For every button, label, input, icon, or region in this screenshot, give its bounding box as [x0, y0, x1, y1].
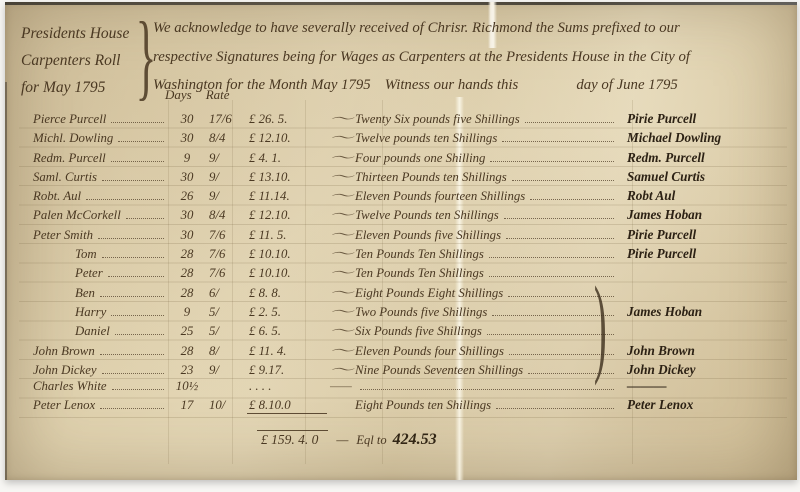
flourish-mark: 〜	[314, 340, 367, 359]
daily-rate: 10/	[205, 398, 247, 413]
payroll-row: Ben 28 6/ £ 8. 8. 〜 Eight Pounds Eight S…	[19, 282, 789, 301]
daily-rate: 6/	[205, 286, 247, 301]
amount-in-words: Ten Pounds Ten Shillings	[355, 266, 484, 281]
payroll-row: John Dickey 23 9/ £ 9.17. 〜 Nine Pounds …	[19, 359, 789, 378]
worker-signature: Pirie Purcell	[619, 111, 789, 127]
worker-signature: John Brown	[619, 343, 789, 359]
payroll-row: Pierce Purcell 30 17/6 £ 26. 5. 〜 Twenty…	[19, 108, 789, 127]
amount-in-words: Twenty Six pounds five Shillings	[355, 112, 520, 127]
worker-name: Charles White	[33, 379, 107, 394]
worker-name-cell: Harry	[19, 305, 169, 320]
daily-rate: 5/	[205, 305, 247, 320]
dotted-leader	[100, 354, 164, 355]
amount-in-words: Twelve pounds ten Shillings	[355, 131, 497, 146]
payroll-row: Robt. Aul 26 9/ £ 11.14. 〜 Eleven Pounds…	[19, 185, 789, 204]
dotted-leader	[508, 296, 614, 297]
ack-line-2: respective Signatures being for Wages as…	[153, 43, 793, 72]
amount-words-cell: Eleven Pounds five Shillings	[355, 228, 619, 243]
amount-words-cell	[355, 389, 619, 393]
dotted-leader	[100, 408, 164, 409]
flourish-mark: 〜	[314, 185, 367, 204]
dotted-leader	[86, 199, 164, 200]
daily-rate: 9/	[205, 363, 247, 378]
total-dash: —	[328, 432, 356, 448]
worker-name-cell: Daniel	[19, 324, 169, 339]
payroll-row: John Brown 28 8/ £ 11. 4. 〜 Eleven Pound…	[19, 340, 789, 359]
dotted-leader	[489, 276, 614, 277]
dotted-leader	[530, 199, 614, 200]
flourish-mark: 〜	[314, 166, 367, 185]
manuscript-paper: Presidents House Carpenters Roll for May…	[5, 2, 797, 480]
amount-in-words: Four pounds one Shilling	[355, 151, 485, 166]
dotted-leader	[512, 180, 614, 181]
amount-words-cell: Six Pounds five Shillings	[355, 324, 619, 339]
dotted-leader	[509, 354, 614, 355]
worker-name-cell: John Brown	[19, 344, 169, 359]
daily-rate: 5/	[205, 324, 247, 339]
dotted-leader	[489, 257, 614, 258]
amount-words-cell: Eleven Pounds fourteen Shillings	[355, 189, 619, 204]
total-pounds: £ 159. 4. 0	[257, 430, 328, 448]
ack-line-3b: Witness our hands this	[385, 77, 519, 93]
acknowledgment-text: We acknowledge to have severally receive…	[153, 14, 793, 100]
dotted-leader	[504, 218, 614, 219]
daily-rate: 7/6	[205, 228, 247, 243]
flourish-mark: 〜	[314, 320, 367, 339]
daily-rate: 9/	[205, 189, 247, 204]
dotted-leader	[111, 315, 164, 316]
amount-in-words: Eight Pounds ten Shillings	[355, 398, 491, 413]
totals-row: £ 159. 4. 0 — Eql to 424.53	[19, 430, 437, 449]
flourish-mark: 〜	[314, 108, 367, 127]
days-worked: 17	[169, 398, 205, 413]
worker-signature: Michael Dowling	[619, 130, 789, 146]
payroll-row: Harry 9 5/ £ 2. 5. 〜 Two Pounds five Shi…	[19, 301, 789, 320]
total-equivalent-value: 424.53	[393, 431, 437, 449]
dotted-leader	[112, 389, 164, 390]
worker-signature: Robt Aul	[619, 188, 789, 204]
amount-words-cell: Four pounds one Shilling	[355, 151, 619, 166]
amount-in-words: Eleven Pounds five Shillings	[355, 228, 501, 243]
worker-name: Saml. Curtis	[33, 170, 97, 185]
days-worked: 25	[169, 324, 205, 339]
amount-words-cell: Twelve pounds ten Shillings	[355, 131, 619, 146]
amount-in-words: Eleven Pounds fourteen Shillings	[355, 189, 525, 204]
days-worked: 30	[169, 170, 205, 185]
amount-words-cell: Eight Pounds ten Shillings	[355, 398, 619, 413]
flourish-mark: 〜	[314, 224, 367, 243]
flourish-mark: 〜	[314, 243, 367, 262]
daily-rate: 7/6	[205, 247, 247, 262]
worker-name-cell: Michl. Dowling	[19, 131, 169, 146]
worker-name: Tom	[75, 247, 97, 262]
amount-in-words: Six Pounds five Shillings	[355, 324, 482, 339]
amount-pounds: £ 8.10.0	[247, 398, 327, 414]
days-worked: 30	[169, 228, 205, 243]
days-worked: 30	[169, 208, 205, 223]
ack-line-1: We acknowledge to have severally receive…	[153, 14, 793, 43]
dotted-leader	[111, 161, 164, 162]
payroll-row: Daniel 25 5/ £ 6. 5. 〜 Six Pounds five S…	[19, 320, 789, 339]
flourish-mark: 〜	[314, 147, 367, 166]
worker-signature: John Dickey	[619, 362, 789, 378]
worker-name: John Dickey	[33, 363, 97, 378]
amount-words-cell: Thirteen Pounds ten Shillings	[355, 170, 619, 185]
flourish-mark: 〜	[314, 262, 367, 281]
dotted-leader	[502, 141, 614, 142]
amount-in-words: Ten Pounds Ten Shillings	[355, 247, 484, 262]
amount-in-words: Twelve Pounds ten Shillings	[355, 208, 499, 223]
worker-name-cell: Robt. Aul	[19, 189, 169, 204]
payroll-row: Redm. Purcell 9 9/ £ 4. 1. 〜 Four pounds…	[19, 147, 789, 166]
payroll-row: Peter Smith 30 7/6 £ 11. 5. 〜 Eleven Pou…	[19, 224, 789, 243]
amount-in-words: Eight Pounds Eight Shillings	[355, 286, 503, 301]
worker-signature: ———	[619, 378, 789, 394]
amount-words-cell: Nine Pounds Seventeen Shillings	[355, 363, 619, 378]
worker-name-cell: John Dickey	[19, 363, 169, 378]
rate-column-header: Rate	[206, 87, 230, 102]
amount-in-words: Eleven Pounds four Shillings	[355, 344, 504, 359]
dotted-leader	[111, 122, 164, 123]
worker-name: Ben	[75, 286, 95, 301]
table-column-headers: DaysRate	[165, 87, 244, 103]
dotted-leader	[102, 180, 164, 181]
ack-line-3: Washington for the Month May 1795Witness…	[153, 71, 793, 100]
days-worked: 28	[169, 266, 205, 281]
payroll-row: Palen McCorkell 30 8/4 £ 12.10. 〜 Twelve…	[19, 204, 789, 223]
amount-words-cell: Ten Pounds Ten Shillings	[355, 266, 619, 281]
days-worked: 26	[169, 189, 205, 204]
days-worked: 9	[169, 151, 205, 166]
worker-name: Redm. Purcell	[33, 151, 106, 166]
title-line-1: Presidents House	[21, 20, 139, 47]
worker-signature: Samuel Curtis	[619, 169, 789, 185]
worker-signature: Peter Lenox	[619, 397, 789, 413]
amount-words-cell: Twelve Pounds ten Shillings	[355, 208, 619, 223]
amount-words-cell: Two Pounds five Shillings	[355, 305, 619, 320]
payroll-row: Peter Lenox 17 10/ £ 8.10.0 Eight Pounds…	[19, 397, 789, 416]
worker-name-cell: Peter Smith	[19, 228, 169, 243]
daily-rate: 9/	[205, 170, 247, 185]
worker-name-cell: Charles White	[19, 379, 169, 394]
title-line-3: for May 1795	[21, 74, 139, 101]
dotted-leader	[126, 218, 164, 219]
worker-name-cell: Peter Lenox	[19, 398, 169, 413]
worker-name-cell: Palen McCorkell	[19, 208, 169, 223]
daily-rate: 9/	[205, 151, 247, 166]
worker-name: Peter Smith	[33, 228, 93, 243]
days-worked: 9	[169, 305, 205, 320]
worker-name-cell: Redm. Purcell	[19, 151, 169, 166]
total-equivalent-label: Eql to	[356, 433, 392, 448]
worker-name: Peter Lenox	[33, 398, 95, 413]
worker-name: John Brown	[33, 344, 95, 359]
days-worked: 23	[169, 363, 205, 378]
worker-name: Daniel	[75, 324, 110, 339]
payroll-rows: Pierce Purcell 30 17/6 £ 26. 5. 〜 Twenty…	[19, 108, 789, 417]
dotted-leader	[506, 238, 614, 239]
worker-name: Peter	[75, 266, 103, 281]
days-worked: 30	[169, 131, 205, 146]
worker-signature: James Hoban	[619, 207, 789, 223]
daily-rate: 8/4	[205, 131, 247, 146]
flourish-mark: 〜	[314, 282, 367, 301]
amount-words-cell: Ten Pounds Ten Shillings	[355, 247, 619, 262]
worker-signature: Pirie Purcell	[619, 227, 789, 243]
ack-line-3c: day of June 1795	[576, 77, 678, 93]
days-worked: 30	[169, 112, 205, 127]
worker-signature: Pirie Purcell	[619, 246, 789, 262]
worker-name: Pierce Purcell	[33, 112, 106, 127]
days-worked: 28	[169, 344, 205, 359]
dotted-leader	[108, 276, 164, 277]
dotted-leader	[490, 161, 614, 162]
worker-name: Michl. Dowling	[33, 131, 113, 146]
daily-rate: 8/	[205, 344, 247, 359]
daily-rate: 8/4	[205, 208, 247, 223]
flourish-mark: 〜	[314, 204, 367, 223]
worker-name-cell: Ben	[19, 286, 169, 301]
dotted-leader	[525, 122, 614, 123]
flourish-mark: 〜	[314, 359, 367, 378]
payroll-row: Tom 28 7/6 £ 10.10. 〜 Ten Pounds Ten Shi…	[19, 243, 789, 262]
amount-words-cell: Twenty Six pounds five Shillings	[355, 112, 619, 127]
worker-name: Palen McCorkell	[33, 208, 121, 223]
dotted-leader	[118, 141, 164, 142]
dotted-leader	[492, 315, 614, 316]
amount-in-words: Nine Pounds Seventeen Shillings	[355, 363, 523, 378]
roll-title: Presidents House Carpenters Roll for May…	[21, 20, 139, 101]
days-worked: 10½	[169, 379, 205, 394]
worker-signature: James Hoban	[619, 304, 789, 320]
daily-rate: 17/6	[205, 112, 247, 127]
payroll-row: Saml. Curtis 30 9/ £ 13.10. 〜 Thirteen P…	[19, 166, 789, 185]
worker-name: Harry	[75, 305, 106, 320]
daily-rate: 7/6	[205, 266, 247, 281]
worker-name-cell: Peter	[19, 266, 169, 281]
dotted-leader	[98, 238, 164, 239]
payroll-row: Michl. Dowling 30 8/4 £ 12.10. 〜 Twelve …	[19, 127, 789, 146]
dotted-leader	[115, 334, 164, 335]
dotted-leader	[102, 373, 164, 374]
dotted-leader	[102, 257, 164, 258]
flourish-mark: —	[314, 379, 367, 394]
dotted-leader	[100, 296, 164, 297]
days-worked: 28	[169, 286, 205, 301]
dotted-leader	[496, 408, 614, 409]
days-worked: 28	[169, 247, 205, 262]
worker-name-cell: Saml. Curtis	[19, 170, 169, 185]
flourish-mark: 〜	[314, 127, 367, 146]
scanned-document-photo: Presidents House Carpenters Roll for May…	[0, 0, 800, 492]
title-line-2: Carpenters Roll	[21, 47, 139, 74]
amount-words-cell: Eleven Pounds four Shillings	[355, 344, 619, 359]
dotted-leader	[360, 389, 614, 390]
dotted-leader	[528, 373, 614, 374]
days-column-header: Days	[165, 87, 192, 102]
worker-name: Robt. Aul	[33, 189, 81, 204]
payroll-row: Peter 28 7/6 £ 10.10. 〜 Ten Pounds Ten S…	[19, 262, 789, 281]
flourish-mark: 〜	[314, 301, 367, 320]
amount-in-words: Two Pounds five Shillings	[355, 305, 487, 320]
dotted-leader	[487, 334, 614, 335]
worker-name-cell: Tom	[19, 247, 169, 262]
payroll-row: Charles White 10½ . . . . — ———	[19, 378, 789, 397]
amount-words-cell: Eight Pounds Eight Shillings	[355, 286, 619, 301]
worker-name-cell: Pierce Purcell	[19, 112, 169, 127]
worker-signature: Redm. Purcell	[619, 150, 789, 166]
amount-in-words: Thirteen Pounds ten Shillings	[355, 170, 507, 185]
